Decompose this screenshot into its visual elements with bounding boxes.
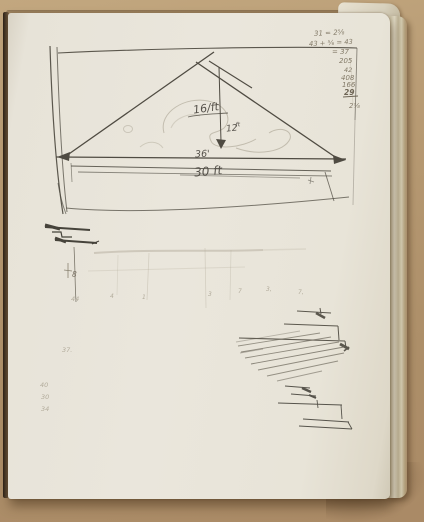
sketch-frame [50, 46, 357, 214]
faint-mark: 3, [266, 286, 272, 293]
pediment-triangle [56, 52, 346, 214]
span-label: 36' [195, 149, 210, 161]
faint-note: 37. [62, 346, 72, 354]
cornice-profile [45, 225, 99, 302]
construction-lines [88, 248, 306, 308]
faint-mark: 1 [142, 294, 146, 301]
calc-line: 205 [339, 57, 353, 65]
calc-line: 42 [344, 66, 352, 74]
faint-mark: 4 [110, 293, 114, 300]
faint-mark: 7 [238, 288, 242, 295]
stair-sketch-lower [278, 386, 352, 429]
calc-line: 31 = 2⅝ [314, 28, 345, 38]
stair-sketch-upper [236, 308, 349, 381]
faint-numbers: 44 4 1 3 7 3, 7, 37. 40 30 34 [40, 286, 304, 413]
cornice-dim-label: 8 [72, 270, 77, 279]
faint-mark: 3 [208, 291, 212, 298]
calc-result: 29 [344, 88, 354, 97]
calc-line: 43 + ⅚ = 43 [309, 38, 353, 48]
calc-column: 31 = 2⅝ 43 + ⅚ = 43 = 37 205 42 408 166 … [309, 28, 361, 110]
calc-line: = 37 [332, 48, 350, 56]
faint-col-num: 34 [41, 405, 49, 413]
base-label: 30 ft [194, 163, 224, 180]
drop-unit: ft [235, 121, 241, 128]
faint-pair: 44 [71, 295, 79, 303]
faint-col-num: 30 [41, 393, 49, 401]
photo-backdrop: 31 = 2⅝ 43 + ⅚ = 43 = 37 205 42 408 166 … [0, 0, 424, 522]
calc-line: 2⅞ [349, 102, 360, 110]
pencil-sketch: 31 = 2⅝ 43 + ⅚ = 43 = 37 205 42 408 166 … [0, 0, 424, 522]
faint-mark: 7, [298, 289, 304, 296]
faint-col-num: 40 [40, 381, 48, 389]
